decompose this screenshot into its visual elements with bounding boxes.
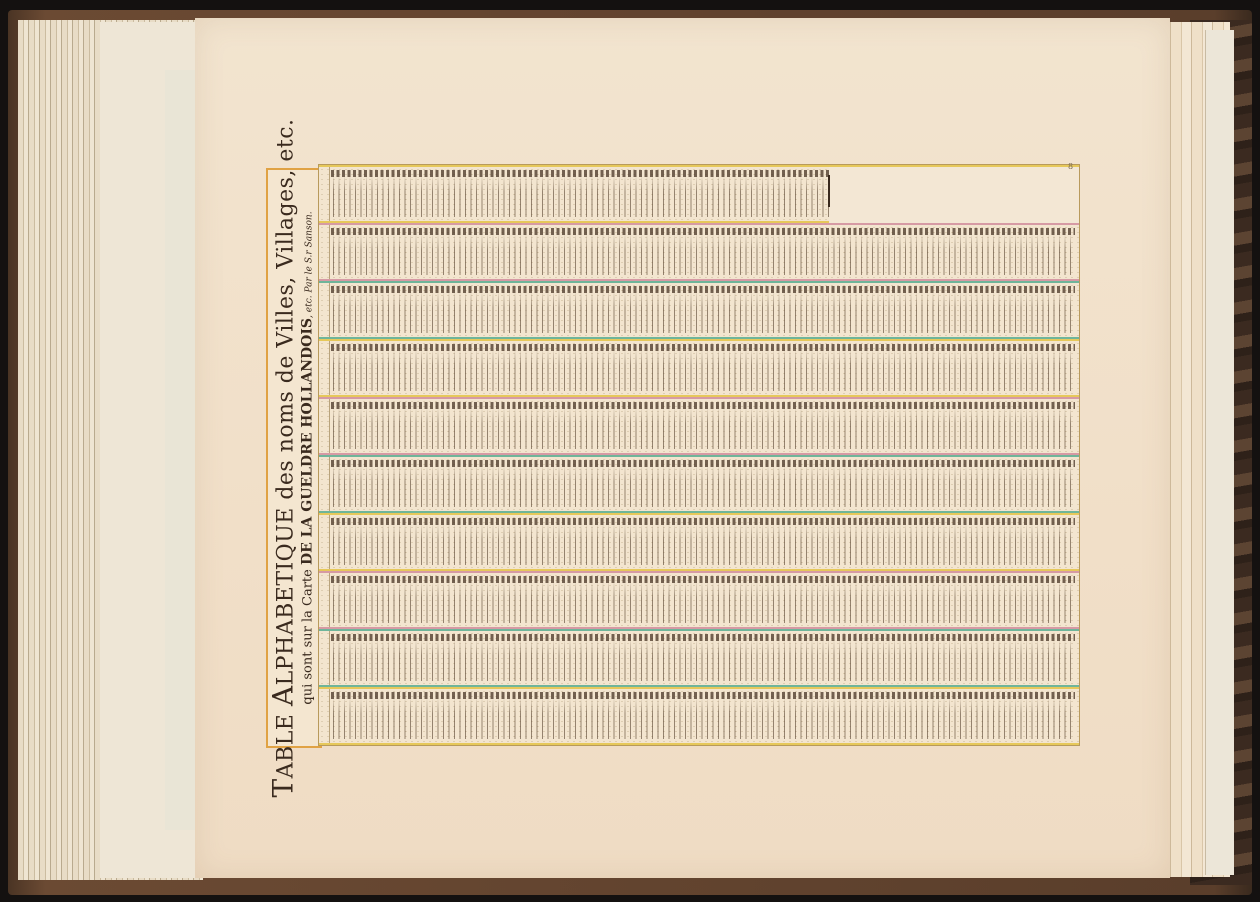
entries: [331, 577, 1075, 623]
column-header: [319, 457, 330, 511]
corner-mark: 8: [1068, 162, 1073, 171]
column-header: [319, 167, 330, 221]
entries: [331, 461, 1075, 507]
letter-codes: [331, 692, 1075, 699]
entries: [331, 519, 1075, 565]
entries: [331, 693, 1075, 739]
column-header: [319, 631, 330, 685]
page-numeral: [828, 175, 830, 207]
entries: [331, 171, 829, 217]
table-band: [319, 339, 1079, 397]
letter-codes: [331, 286, 1075, 293]
table-band: [319, 455, 1079, 513]
letter-codes: [331, 634, 1075, 641]
letter-codes: [331, 344, 1075, 351]
column-header: [319, 399, 330, 453]
entries: [331, 635, 1075, 681]
letter-codes: [331, 518, 1075, 525]
column-header: [319, 689, 330, 743]
title-text: TABLE ALPHABETIQUE des noms de Villes, V…: [271, 118, 318, 797]
table-band: [319, 397, 1079, 455]
column-header: [319, 341, 330, 395]
table-band: [319, 165, 1079, 223]
empty-area: [829, 167, 1079, 223]
title-line-2: qui sont sur la Carte DE LA GUELDRE HOLL…: [300, 118, 318, 797]
letter-codes: [331, 460, 1075, 467]
right-page-edge: [1205, 30, 1234, 875]
column-header: [319, 573, 330, 627]
column-header: [319, 283, 330, 337]
letter-codes: [331, 402, 1075, 409]
table-band: [319, 281, 1079, 339]
column-header: [319, 225, 330, 279]
title-line-1: TABLE ALPHABETIQUE des noms de Villes, V…: [271, 118, 300, 797]
letter-codes: [331, 170, 829, 177]
entries: [331, 403, 1075, 449]
table-band: [319, 571, 1079, 629]
table-band: [319, 687, 1079, 745]
entries: [331, 287, 1075, 333]
table-band: [319, 629, 1079, 687]
entries: [331, 345, 1075, 391]
title-cartouche: TABLE ALPHABETIQUE des noms de Villes, V…: [266, 168, 322, 748]
letter-codes: [331, 228, 1075, 235]
alphabetical-index-table: [318, 164, 1080, 746]
entries: [331, 229, 1075, 275]
table-band: [319, 513, 1079, 571]
letter-codes: [331, 576, 1075, 583]
table-band: [319, 223, 1079, 281]
column-header: [319, 515, 330, 569]
